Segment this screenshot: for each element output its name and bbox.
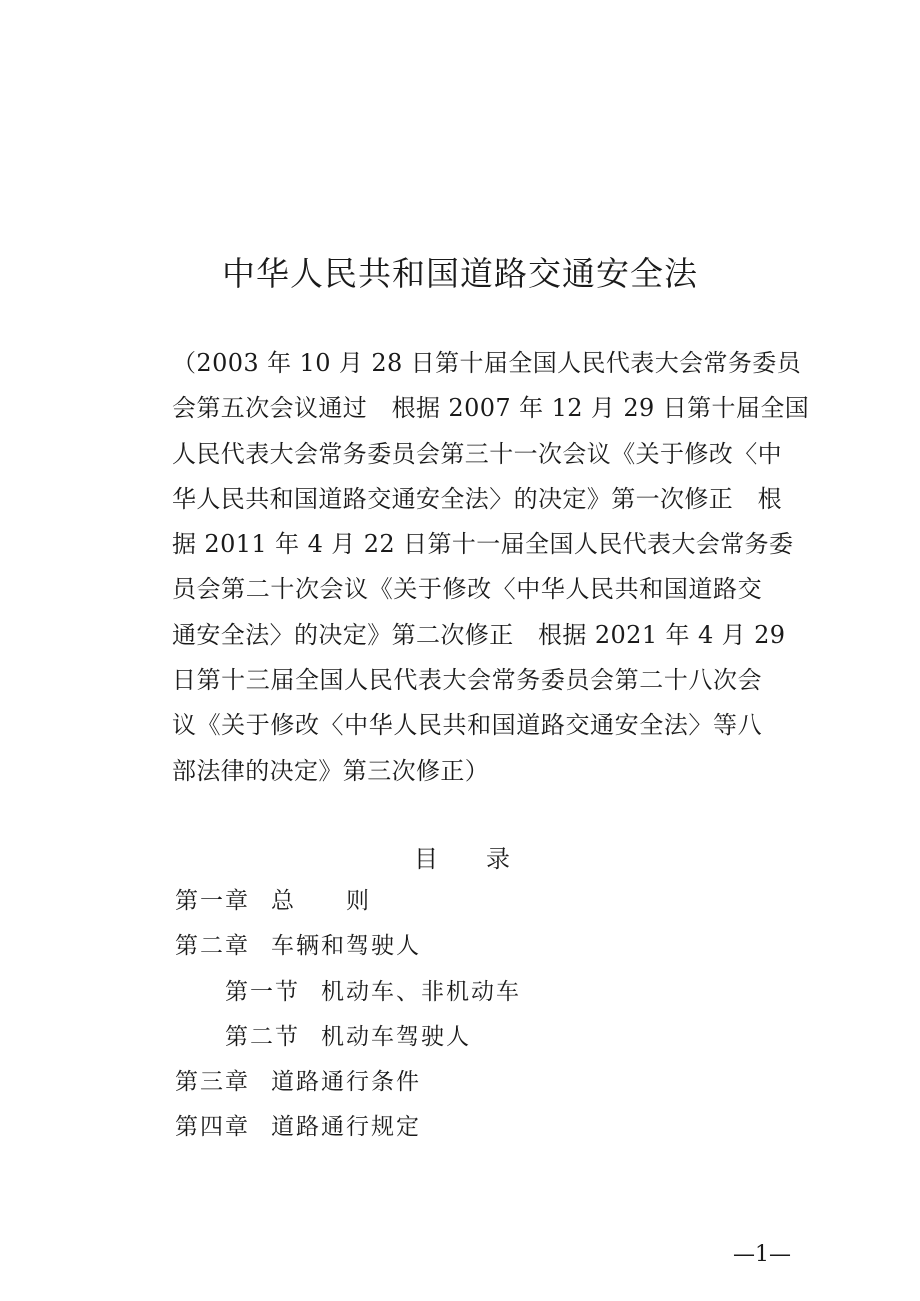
preamble-line: 华人民共和国道路交通安全法〉的决定》第一次修正 根 (172, 482, 762, 527)
toc-item-name: 机动车、非机动车 (321, 975, 521, 1009)
toc-item-number: 第二章 (175, 929, 271, 963)
toc-heading-char: 录 (486, 842, 510, 876)
toc-item-number: 第四章 (175, 1110, 271, 1144)
toc-item-number: 第一章 (175, 884, 271, 918)
toc-item-number: 第一节 (225, 975, 321, 1009)
toc-item-name: 车辆和驾驶人 (271, 929, 421, 963)
toc-heading: 目录 (414, 842, 510, 876)
page-number: —1— (733, 1240, 791, 1270)
toc-heading-char: 目 (414, 842, 438, 876)
preamble-line: 据 2011 年 4 月 22 日第十一届全国人民代表大会常务委 (172, 527, 762, 572)
toc-item-name: 机动车驾驶人 (321, 1020, 471, 1054)
toc-item-section-2[interactable]: 第二节机动车驾驶人 (175, 1020, 775, 1065)
toc-item-chapter-4[interactable]: 第四章道路通行规定 (175, 1110, 775, 1155)
preamble-line: 日第十三届全国人民代表大会常务委员会第二十八次会 (172, 663, 762, 708)
toc-item-chapter-3[interactable]: 第三章道路通行条件 (175, 1065, 775, 1110)
preamble-line: 人民代表大会常务委员会第三十一次会议《关于修改〈中 (172, 437, 762, 482)
preamble-line: 通安全法〉的决定》第二次修正 根据 2021 年 4 月 29 (172, 618, 762, 663)
preamble-line: 会第五次会议通过 根据 2007 年 12 月 29 日第十届全国 (172, 391, 762, 436)
toc-item-name: 总 则 (271, 884, 371, 918)
table-of-contents: 第一章总 则 第二章车辆和驾驶人 第一节机动车、非机动车 第二节机动车驾驶人 第… (175, 884, 775, 1156)
toc-item-name: 道路通行规定 (271, 1110, 421, 1144)
preamble-line: （2003 年 10 月 28 日第十届全国人民代表大会常务委员 (172, 346, 762, 391)
toc-item-chapter-2[interactable]: 第二章车辆和驾驶人 (175, 929, 775, 974)
toc-item-section-1[interactable]: 第一节机动车、非机动车 (175, 975, 775, 1020)
toc-item-chapter-1[interactable]: 第一章总 则 (175, 884, 775, 929)
document-title: 中华人民共和国道路交通安全法 (0, 254, 920, 294)
toc-item-number: 第二节 (225, 1020, 321, 1054)
preamble-line: 员会第二十次会议《关于修改〈中华人民共和国道路交 (172, 572, 762, 617)
toc-item-name: 道路通行条件 (271, 1065, 421, 1099)
preamble-line: 部法律的决定》第三次修正） (172, 754, 762, 799)
preamble-line: 议《关于修改〈中华人民共和国道路交通安全法〉等八 (172, 708, 762, 753)
toc-item-number: 第三章 (175, 1065, 271, 1099)
amendment-history: （2003 年 10 月 28 日第十届全国人民代表大会常务委员 会第五次会议通… (172, 346, 762, 799)
